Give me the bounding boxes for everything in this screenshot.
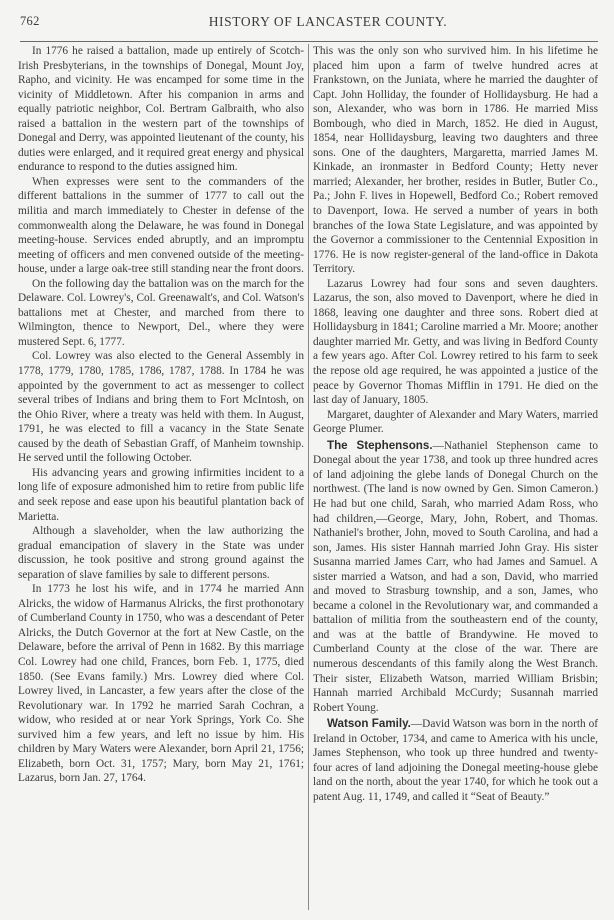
paragraph-general-assembly: Col. Lowrey was also elected to the Gene… <box>18 349 304 465</box>
paragraph-continuation: This was the only son who survived him. … <box>313 44 598 277</box>
paragraph-marriages-children: In 1773 he lost his wife, and in 1774 he… <box>18 582 304 786</box>
running-header: 762 HISTORY OF LANCASTER COUNTY. <box>20 14 606 32</box>
section-heading-stephensons: The Stephensons. <box>327 439 433 452</box>
paragraph-expresses-1777: When expresses were sent to the commande… <box>18 175 304 277</box>
paragraph-margaret: Margaret, daughter of Alexander and Mary… <box>313 408 598 437</box>
paragraph-retirement: His advancing years and growing infirmit… <box>18 466 304 524</box>
text-columns: In 1776 he raised a battalion, made up e… <box>18 44 612 914</box>
paragraph-1776-battalion: In 1776 he raised a battalion, made up e… <box>18 44 304 175</box>
column-divider <box>308 44 309 910</box>
right-column: This was the only son who survived him. … <box>313 44 598 804</box>
section-heading-watson-family: Watson Family. <box>327 717 411 730</box>
paragraph-slaveholder: Although a slaveholder, when the law aut… <box>18 524 304 582</box>
header-rule <box>20 41 598 42</box>
book-page: 762 HISTORY OF LANCASTER COUNTY. In 1776… <box>0 0 614 920</box>
section-watson-family: Watson Family.—David Watson was born in … <box>313 717 598 804</box>
section-stephensons: The Stephensons.—Nathaniel Stephenson ca… <box>313 439 598 715</box>
paragraph-lazarus-lowrey: Lazarus Lowrey had four sons and seven d… <box>313 277 598 408</box>
running-title: HISTORY OF LANCASTER COUNTY. <box>20 14 606 30</box>
paragraph-march-delaware: On the following day the battalion was o… <box>18 277 304 350</box>
left-column: In 1776 he raised a battalion, made up e… <box>18 44 304 786</box>
section-text-watson-family: —David Watson was born in the north of I… <box>313 718 598 803</box>
section-text-stephensons: —Nathaniel Stephenson came to Donegal ab… <box>313 440 598 714</box>
